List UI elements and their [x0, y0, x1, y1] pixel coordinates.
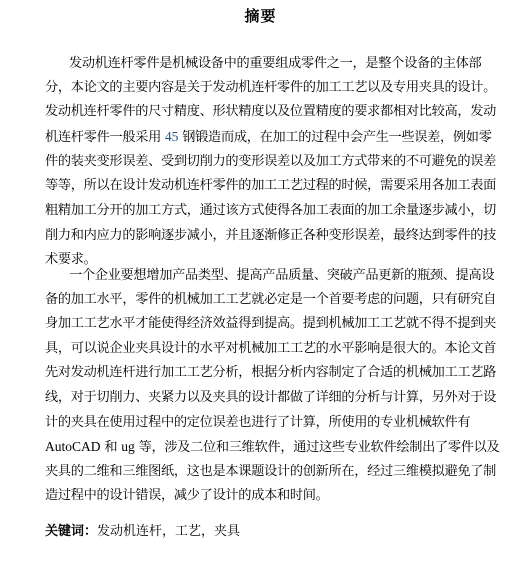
- paragraph-1-line-2: 分，本论文的主要内容是关于发动机连杆零件的加工工艺以及专用夹具的设计。: [45, 78, 461, 98]
- paragraph-1-line-7: 粗精加工分开的加工方式，通过该方式使得各加工表面的加工余量逐步减小，切: [45, 201, 461, 221]
- line-text: 机连杆零件一般采用: [45, 130, 165, 145]
- keywords-line: 关键词：发动机连杆，工艺，夹具: [45, 520, 240, 539]
- paragraph-1-line-1: 发动机连杆零件是机械设备中的重要组成零件之一，是整个设备的主体部: [69, 54, 461, 74]
- keywords-label: 关键词：: [45, 524, 97, 539]
- paragraph-2-line-2: 备的加工水平，零件的机械加工工艺就必定是一个首要考虑的问题，只有研究自: [45, 290, 461, 310]
- software-name-ug: ug: [121, 439, 135, 454]
- abstract-title: 摘要: [0, 5, 521, 26]
- software-name-autocad: AutoCAD: [45, 439, 101, 454]
- paragraph-1-line-4: 机连杆零件一般采用 45 钢锻造而成，在加工的过程中会产生一些误差，例如零: [45, 127, 461, 148]
- paragraph-2-line-10: 造过程中的设计错误，减少了设计的成本和时间。: [45, 486, 461, 506]
- paragraph-1-line-5: 件的装夹变形误差、受到切削力的变形误差以及加工方式带来的不可避免的误差: [45, 152, 461, 172]
- paragraph-2-line-1: 一个企业要想增加产品类型、提高产品质量、突破产品更新的瓶颈、提高设: [69, 266, 461, 286]
- keywords-value: 发动机连杆，工艺，夹具: [97, 524, 240, 539]
- paragraph-2-line-8: AutoCAD 和 ug 等，涉及二位和三维软件，通过这些专业软件绘制出了零件以…: [45, 437, 461, 458]
- paragraph-2-line-7: 计的夹具在使用过程中的定位误差也进行了计算，所使用的专业机械软件有: [45, 413, 461, 433]
- paragraph-2-line-9: 夹具的二维和三维图纸，这也是本课题设计的创新所在，经过三维模拟避免了制: [45, 462, 461, 482]
- paragraph-1-line-6: 等等，所以在设计发动机连杆零件的加工工艺过程的时候，需要采用各加工表面: [45, 176, 461, 196]
- paragraph-1-line-3: 发动机连杆零件的尺寸精度、形状精度以及位置精度的要求都相对比较高，发动: [45, 102, 461, 122]
- paragraph-2-line-3: 身加工工艺水平才能使得经济效益得到提高。提到机械加工工艺就不得不提到夹: [45, 314, 461, 334]
- line-text: 和: [101, 440, 122, 455]
- paragraph-1-line-8: 削力和内应力的影响逐步减小，并且逐渐修正各种变形误差，最终达到零件的技: [45, 226, 461, 246]
- line-text: 等，涉及二位和三维软件，通过这些专业软件绘制出了零件以及: [135, 440, 500, 455]
- steel-grade-number: 45: [165, 129, 179, 144]
- paragraph-2-line-4: 具，可以说企业夹具设计的水平对机械加工工艺的水平影响是很大的。本论文首: [45, 339, 461, 359]
- line-text: 钢锻造而成，在加工的过程中会产生一些误差，例如零: [178, 130, 491, 145]
- paragraph-2-line-6: 线，对于切削力、夹紧力以及夹具的设计都做了详细的分析与计算，另外对于设: [45, 388, 461, 408]
- paragraph-2-line-5: 先对发动机连杆进行加工工艺分析，根据分析内容制定了合适的机械加工工艺路: [45, 363, 461, 383]
